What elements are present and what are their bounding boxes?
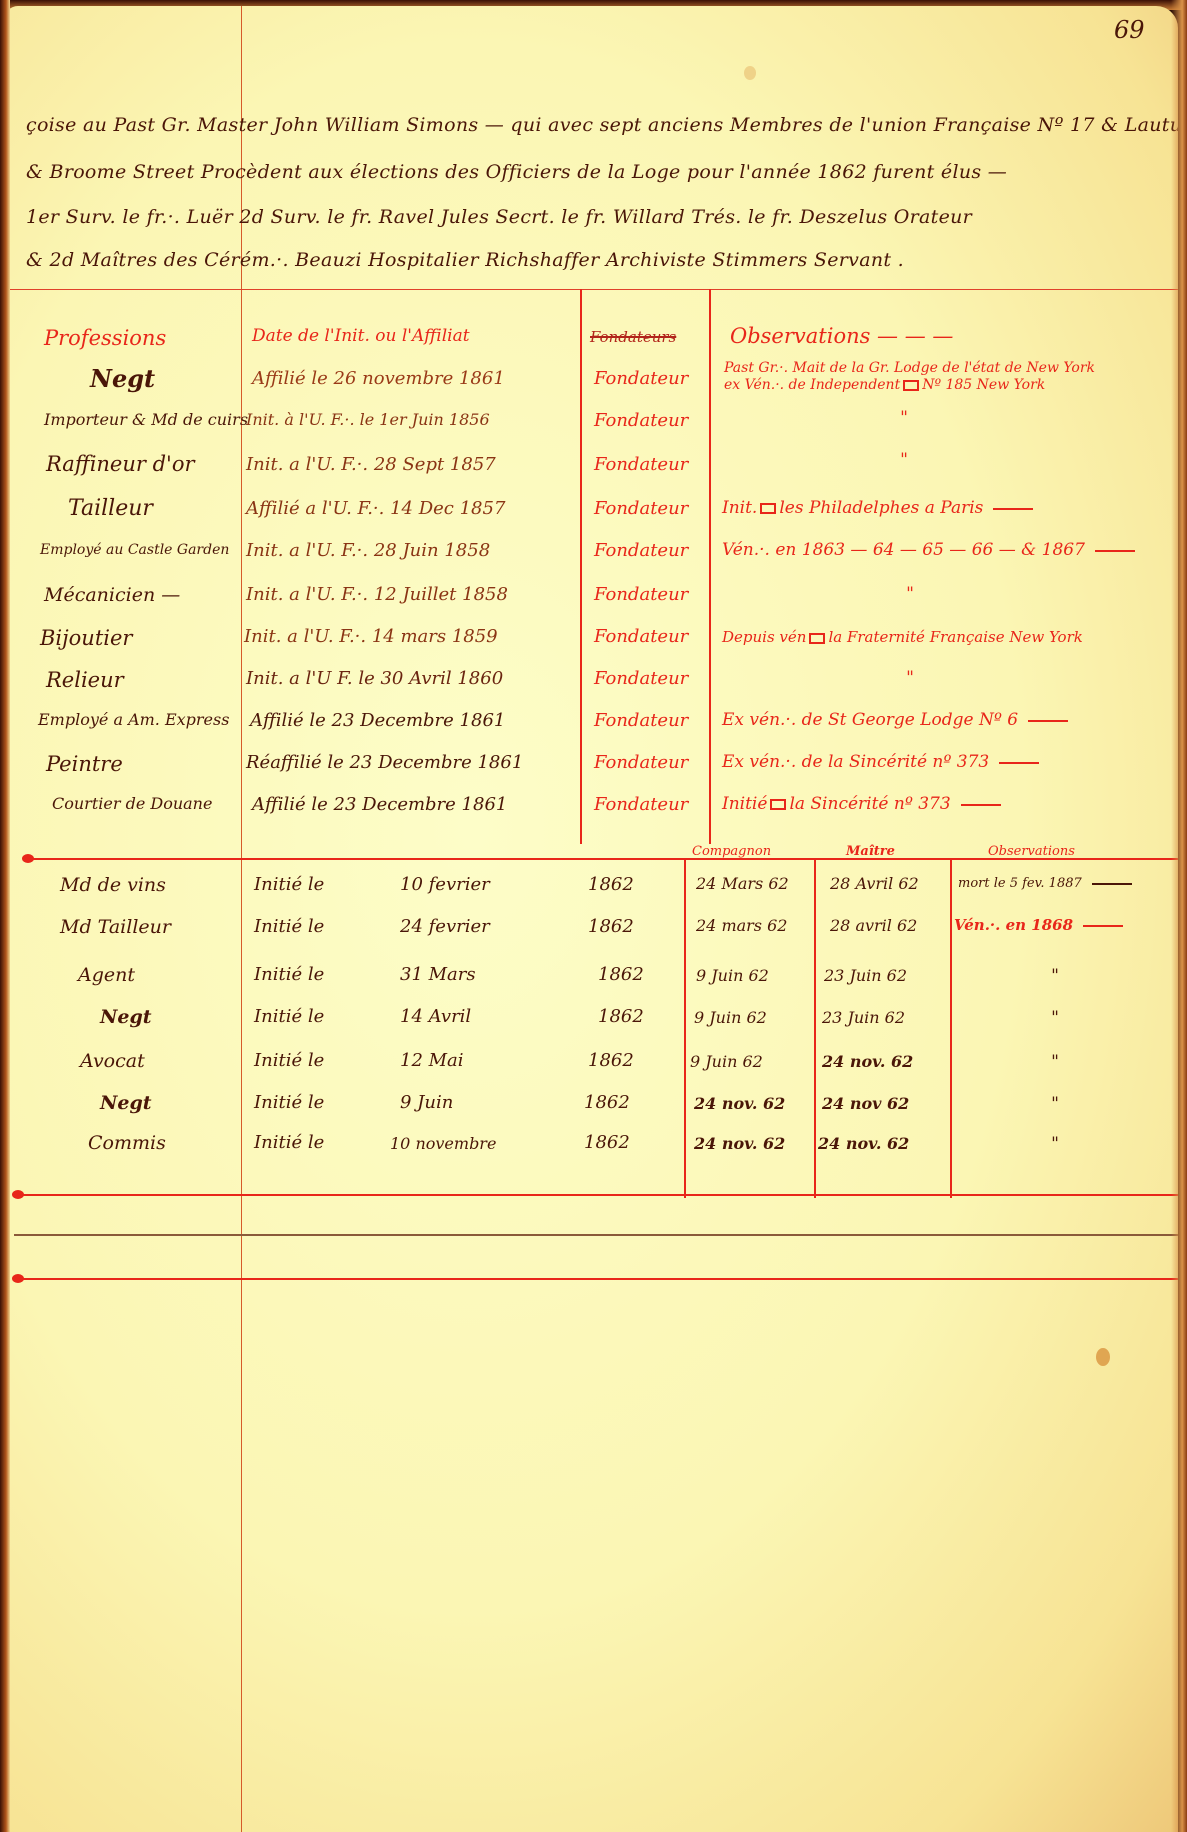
intro-line-2: & Broome Street Procèdent aux élections … bbox=[26, 161, 1176, 183]
compagnon-date: 9 Juin 62 bbox=[694, 1008, 767, 1027]
status: Fondateur bbox=[594, 368, 688, 389]
intro-line-1: çoise au Past Gr. Master John William Si… bbox=[26, 114, 1176, 136]
profession: Peintre bbox=[46, 752, 123, 776]
maitre-date: 28 Avril 62 bbox=[830, 874, 919, 893]
initiation-day-month: 10 novembre bbox=[390, 1134, 496, 1153]
maitre-date: 24 nov. 62 bbox=[818, 1134, 909, 1153]
observation: Vén.·. en 1868 bbox=[954, 916, 1123, 934]
intro-line-3: 1er Surv. le fr.·. Luër 2d Surv. le fr. … bbox=[26, 206, 1176, 228]
observation-ditto: " bbox=[884, 450, 924, 470]
book-binding bbox=[0, 0, 10, 1832]
profession: Avocat bbox=[80, 1050, 145, 1072]
initiation-year: 1862 bbox=[598, 1006, 644, 1027]
init-date: Init. a l'U. F.·. 28 Juin 1858 bbox=[246, 540, 490, 561]
ink-stain bbox=[1096, 1348, 1110, 1366]
observation: Initiéla Sincérité nº 373 bbox=[722, 794, 1001, 814]
observation-line-1: Past Gr.·. Mait de la Gr. Lodge de l'éta… bbox=[724, 360, 1095, 377]
profession: Agent bbox=[78, 964, 135, 986]
profession: Mécanicien — bbox=[44, 584, 180, 606]
lodge-symbol-icon bbox=[760, 503, 776, 514]
status: Fondateur bbox=[594, 410, 688, 431]
observation-ditto: " bbox=[1040, 1094, 1070, 1114]
profession: Employé au Castle Garden bbox=[40, 542, 229, 558]
lodge-symbol-icon bbox=[770, 799, 786, 810]
rule-below-table2 bbox=[16, 1194, 1178, 1196]
col-rule-maitre-left bbox=[814, 858, 816, 1198]
header-professions: Professions bbox=[44, 326, 166, 350]
rule-above-table1 bbox=[4, 289, 1178, 290]
initiation-label: Initié le bbox=[254, 1132, 324, 1153]
init-date: Init. a l'U. F.·. 14 mars 1859 bbox=[244, 626, 498, 647]
initiation-year: 1862 bbox=[588, 874, 634, 895]
rule-double bbox=[16, 1278, 1178, 1280]
status: Fondateur bbox=[594, 540, 688, 561]
ledger-page: 69 çoise au Past Gr. Master John William… bbox=[4, 6, 1178, 1832]
initiation-year: 1862 bbox=[598, 964, 644, 985]
initiation-day-month: 10 fevrier bbox=[400, 874, 490, 895]
observation-ditto: " bbox=[1040, 1134, 1070, 1154]
init-date: Réaffilié le 23 Decembre 1861 bbox=[246, 752, 523, 773]
profession: Relieur bbox=[46, 668, 124, 692]
observation-ditto: " bbox=[1040, 966, 1070, 986]
observation: Depuis vénla Fraternité Française New Yo… bbox=[722, 628, 1083, 646]
initiation-year: 1862 bbox=[584, 1092, 630, 1113]
profession: Bijoutier bbox=[40, 626, 132, 650]
initiation-label: Initié le bbox=[254, 874, 324, 895]
compagnon-date: 24 mars 62 bbox=[696, 916, 787, 935]
observation: Init.les Philadelphes a Paris bbox=[722, 498, 1033, 518]
initiation-day-month: 31 Mars bbox=[400, 964, 476, 985]
col-rule-compagnon-left bbox=[684, 858, 686, 1198]
initiation-year: 1862 bbox=[588, 916, 634, 937]
header-observations-2: Observations bbox=[988, 844, 1075, 859]
header-maitre: Maître bbox=[846, 844, 895, 859]
header-observations: Observations — — — bbox=[730, 324, 953, 348]
initiation-label: Initié le bbox=[254, 964, 324, 985]
init-date: Affilié le 23 Decembre 1861 bbox=[252, 794, 507, 815]
intro-line-4: & 2d Maîtres des Cérém.·. Beauzi Hospita… bbox=[26, 249, 1176, 271]
initiation-day-month: 12 Mai bbox=[400, 1050, 464, 1071]
compagnon-date: 24 nov. 62 bbox=[694, 1094, 785, 1113]
compagnon-date: 9 Juin 62 bbox=[690, 1052, 763, 1071]
observation: mort le 5 fev. 1887 bbox=[958, 876, 1132, 891]
init-date: Affilié le 26 novembre 1861 bbox=[252, 368, 505, 389]
compagnon-date: 24 Mars 62 bbox=[696, 874, 789, 893]
status: Fondateur bbox=[594, 626, 688, 647]
profession: Importeur & Md de cuirs bbox=[44, 410, 248, 429]
observation-line-2: ex Vén.·. de IndependentNº 185 New York bbox=[724, 377, 1095, 394]
col-rule-obs2-left bbox=[950, 858, 952, 1198]
margin-rule bbox=[241, 6, 242, 1832]
profession: Negt bbox=[100, 1006, 152, 1028]
profession: Commis bbox=[88, 1132, 166, 1154]
init-date: Affilié le 23 Decembre 1861 bbox=[250, 710, 505, 731]
status: Fondateur bbox=[594, 794, 688, 815]
compagnon-date: 24 nov. 62 bbox=[694, 1134, 785, 1153]
profession: Employé a Am. Express bbox=[38, 710, 229, 729]
observation-ditto: " bbox=[884, 408, 924, 428]
status: Fondateur bbox=[594, 454, 688, 475]
compagnon-date: 9 Juin 62 bbox=[696, 966, 769, 985]
initiation-day-month: 14 Avril bbox=[400, 1006, 471, 1027]
initiation-year: 1862 bbox=[588, 1050, 634, 1071]
observation: Ex vén.·. de St George Lodge Nº 6 bbox=[722, 710, 1068, 730]
observation: Past Gr.·. Mait de la Gr. Lodge de l'éta… bbox=[724, 360, 1095, 394]
init-date: Affilié a l'U. F.·. 14 Dec 1857 bbox=[246, 498, 505, 519]
lodge-symbol-icon bbox=[809, 633, 825, 644]
profession: Negt bbox=[90, 364, 155, 393]
col-rule-founder-left bbox=[580, 289, 582, 844]
page-edge bbox=[1171, 0, 1187, 1832]
status: Fondateur bbox=[594, 498, 688, 519]
profession: Negt bbox=[100, 1092, 152, 1114]
observation-ditto: " bbox=[1040, 1008, 1070, 1028]
status: Fondateur bbox=[594, 752, 688, 773]
maitre-date: 23 Juin 62 bbox=[824, 966, 907, 985]
page-number: 69 bbox=[1114, 16, 1145, 44]
rule-separator bbox=[14, 1234, 1178, 1236]
init-date: Init. a l'U. F.·. 28 Sept 1857 bbox=[246, 454, 496, 475]
initiation-label: Initié le bbox=[254, 1050, 324, 1071]
status: Fondateur bbox=[594, 710, 688, 731]
maitre-date: 23 Juin 62 bbox=[822, 1008, 905, 1027]
header-compagnon: Compagnon bbox=[692, 844, 771, 859]
profession: Md Tailleur bbox=[60, 916, 171, 938]
header-date-init-affil: Date de l'Init. ou l'Affiliat bbox=[252, 326, 470, 346]
profession: Tailleur bbox=[68, 496, 153, 521]
observation-ditto: " bbox=[1040, 1052, 1070, 1072]
init-date: Init. a l'U. F.·. 12 Juillet 1858 bbox=[246, 584, 508, 605]
observation-ditto: " bbox=[890, 584, 930, 604]
maitre-date: 28 avril 62 bbox=[830, 916, 917, 935]
maitre-date: 24 nov. 62 bbox=[822, 1052, 913, 1071]
observation-ditto: " bbox=[890, 668, 930, 688]
observation: Vén.·. en 1863 — 64 — 65 — 66 — & 1867 bbox=[722, 540, 1135, 560]
initiation-label: Initié le bbox=[254, 1092, 324, 1113]
init-date: Init. a l'U F. le 30 Avril 1860 bbox=[246, 668, 503, 689]
col-rule-founder-right bbox=[709, 289, 711, 844]
initiation-year: 1862 bbox=[584, 1132, 630, 1153]
initiation-label: Initié le bbox=[254, 1006, 324, 1027]
ink-stain bbox=[744, 66, 756, 80]
profession: Courtier de Douane bbox=[52, 794, 212, 813]
initiation-label: Initié le bbox=[254, 916, 324, 937]
initiation-day-month: 24 fevrier bbox=[400, 916, 490, 937]
status: Fondateur bbox=[594, 584, 688, 605]
header-fondateurs-struck: Fondateurs bbox=[590, 328, 676, 346]
maitre-date: 24 nov 62 bbox=[822, 1094, 909, 1113]
observation: Ex vén.·. de la Sincérité nº 373 bbox=[722, 752, 1039, 772]
status: Fondateur bbox=[594, 668, 688, 689]
init-date: Init. à l'U. F.·. le 1er Juin 1856 bbox=[246, 410, 490, 429]
lodge-symbol-icon bbox=[903, 380, 919, 391]
initiation-day-month: 9 Juin bbox=[400, 1092, 453, 1113]
profession: Raffineur d'or bbox=[46, 452, 195, 476]
profession: Md de vins bbox=[60, 874, 166, 896]
